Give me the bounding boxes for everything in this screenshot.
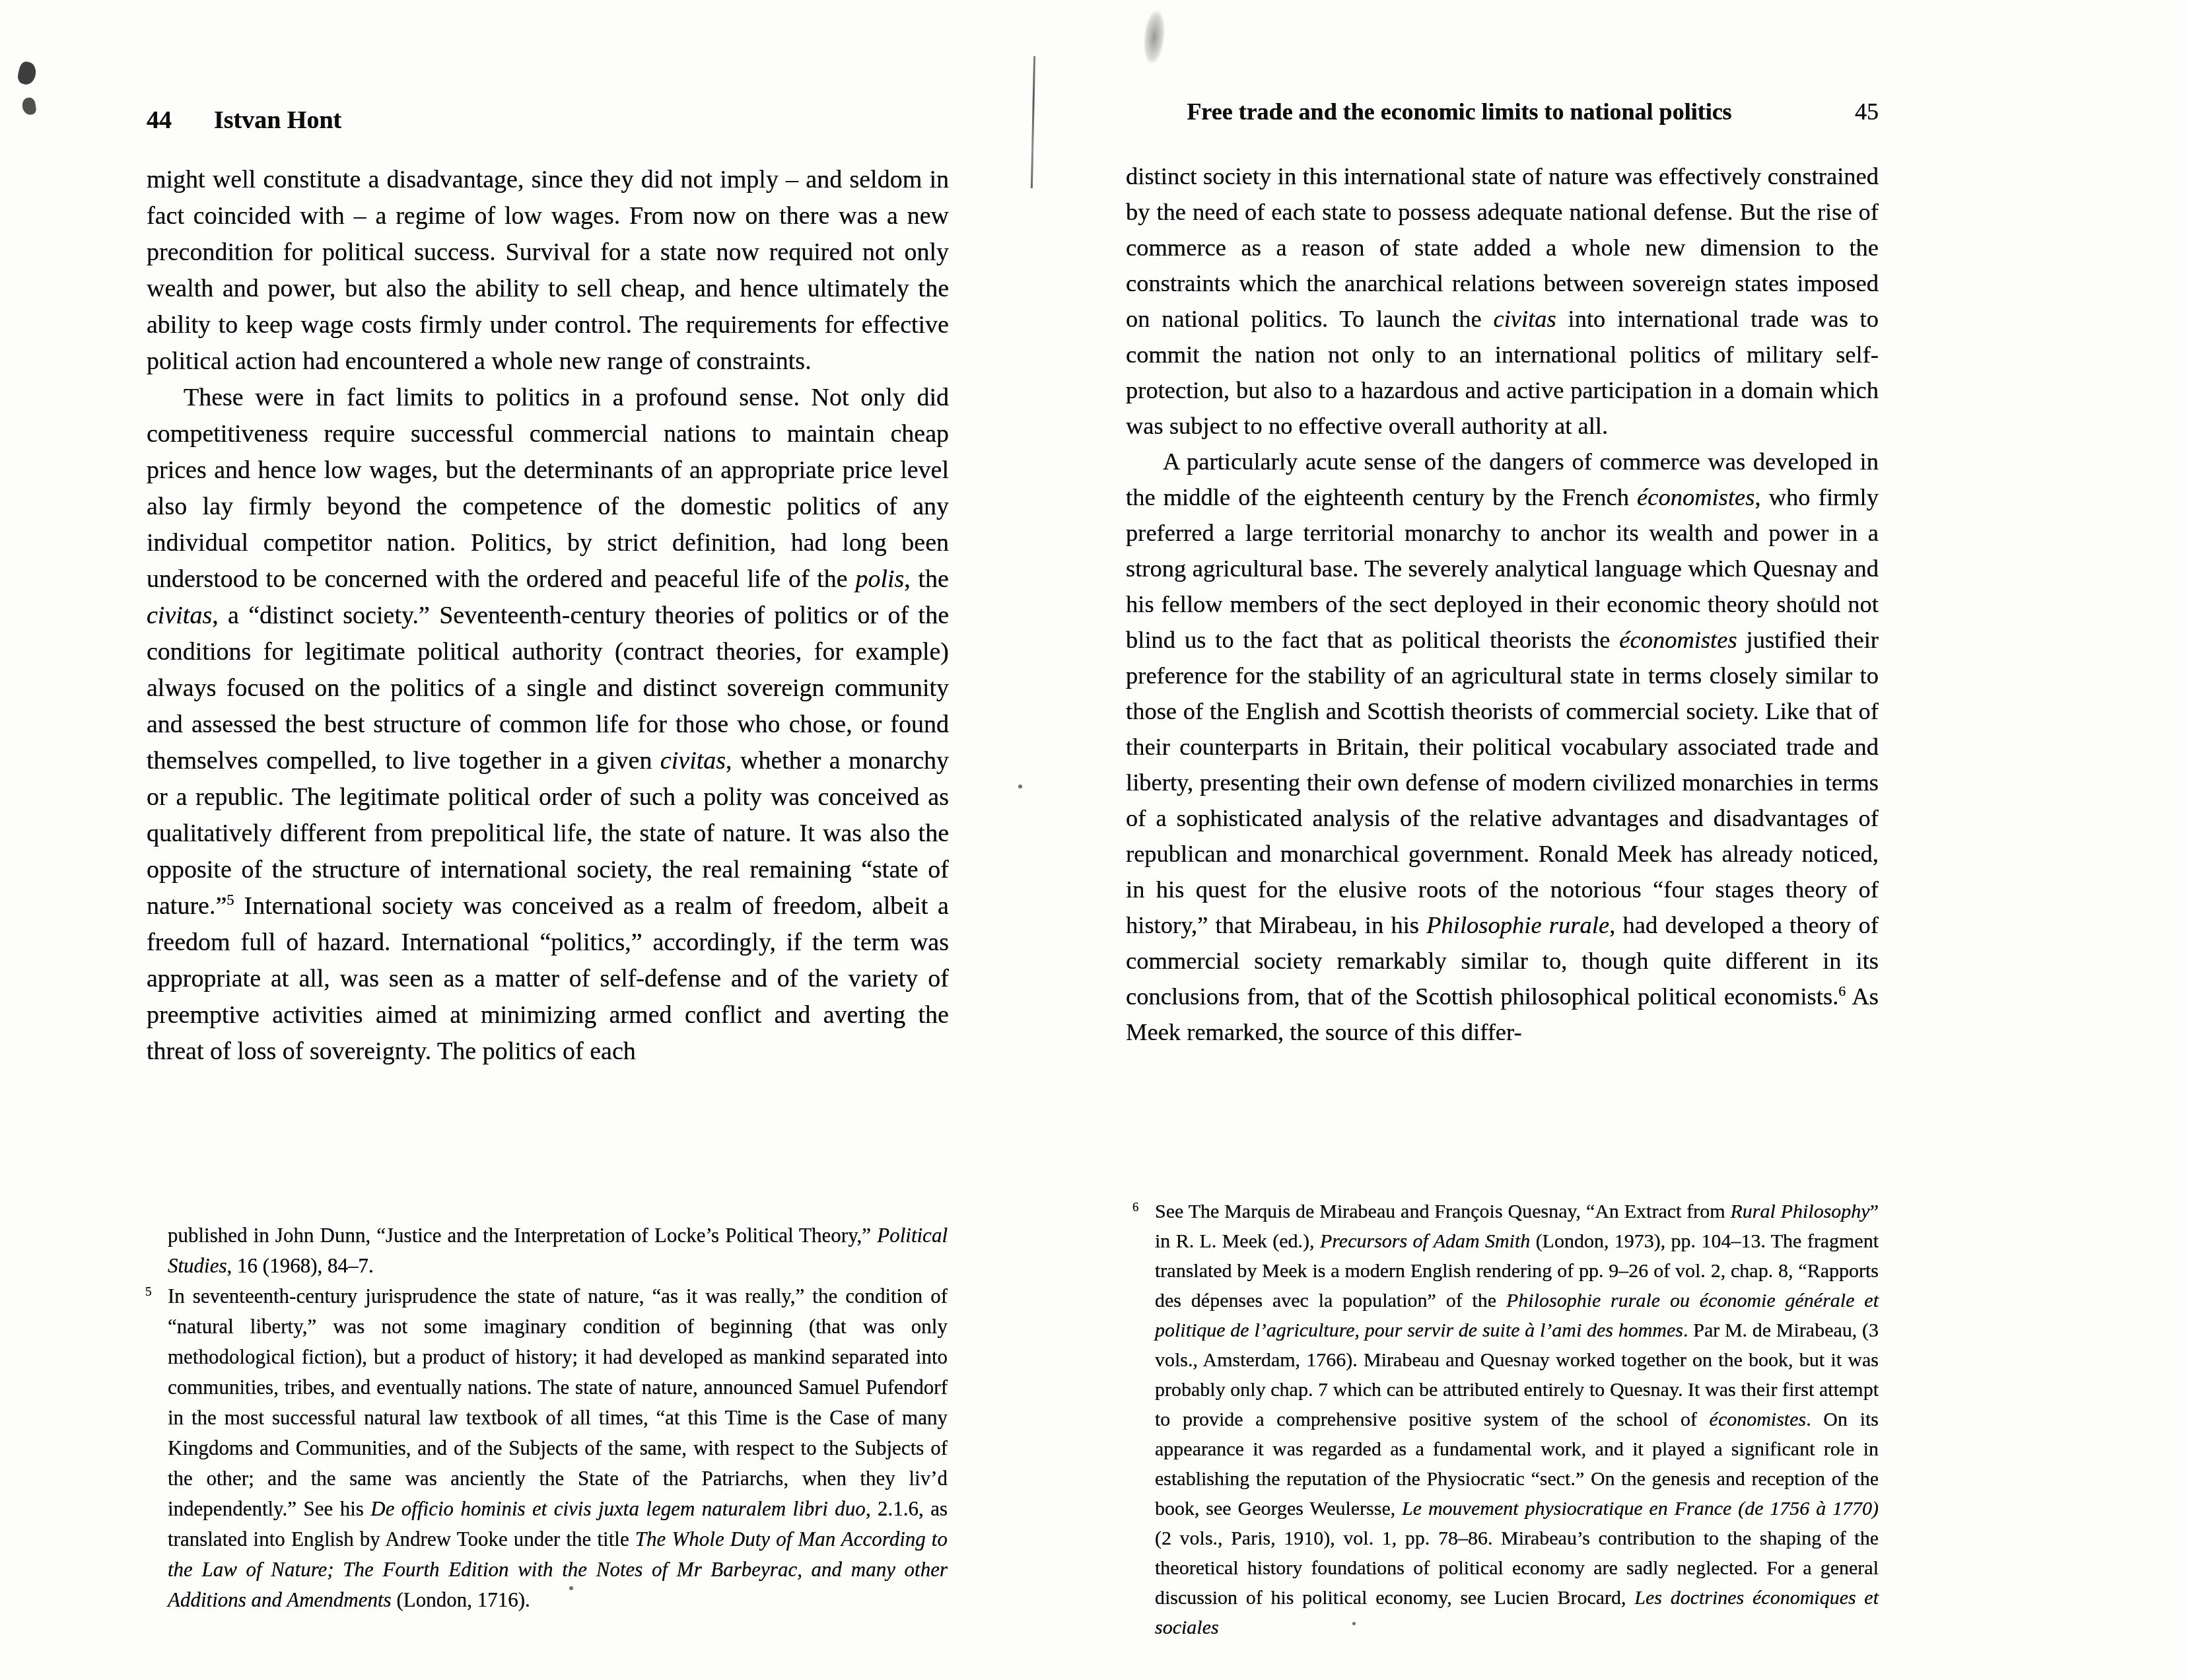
scan-artifact-edge-speck: [21, 96, 37, 116]
footnote-text: published in John Dunn, “Justice and the…: [168, 1224, 948, 1277]
page-number-right: 45: [1855, 98, 1879, 125]
left-page-header: 44 Istvan Hont: [147, 106, 949, 135]
page-number-left: 44: [147, 106, 172, 135]
left-page-body: might well constitute a disadvantage, si…: [147, 162, 949, 1070]
scan-artifact-edge-speck: [16, 60, 38, 86]
footnote-marker: 5: [145, 1277, 152, 1308]
footnote-marker: 6: [1132, 1193, 1138, 1222]
right-page-footnotes: 6 See The Marquis de Mirabeau and Franço…: [1126, 1197, 1879, 1642]
paragraph: might well constitute a disadvantage, si…: [147, 162, 949, 380]
paragraph: A particularly acute sense of the danger…: [1126, 444, 1879, 1050]
scanned-book-spread: 44 Istvan Hont might well constitute a d…: [0, 0, 2187, 1680]
right-page-header: Free trade and the economic limits to na…: [1126, 98, 1879, 132]
running-head-right: Free trade and the economic limits to na…: [1126, 98, 1793, 125]
scan-artifact-smudge: [1142, 10, 1167, 65]
paragraph: These were in fact limits to politics in…: [147, 380, 949, 1070]
binding-crease-mark: [1031, 56, 1035, 188]
running-head-left: Istvan Hont: [214, 106, 341, 135]
paragraph: distinct society in this international s…: [1126, 158, 1879, 444]
footnote-6: 6 See The Marquis de Mirabeau and Franço…: [1126, 1197, 1879, 1642]
footnote-continuation: published in John Dunn, “Justice and the…: [139, 1220, 948, 1281]
left-page-footnotes: published in John Dunn, “Justice and the…: [139, 1220, 948, 1615]
footnote-text: In seventeenth-century jurisprudence the…: [168, 1284, 948, 1611]
footnote-5: 5 In seventeenth-century jurisprudence t…: [139, 1281, 948, 1615]
footnote-text: See The Marquis de Mirabeau and François…: [1155, 1201, 1879, 1638]
right-page-body: distinct society in this international s…: [1126, 158, 1879, 1050]
scan-artifact-dot: [1018, 785, 1022, 788]
